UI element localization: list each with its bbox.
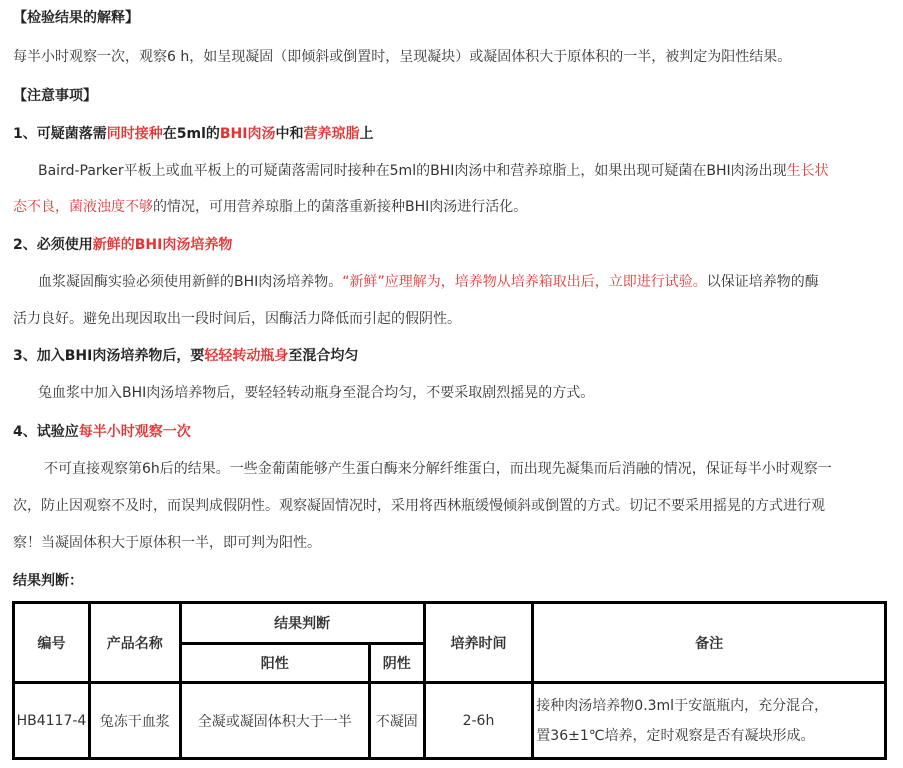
cell-positive: 全凝或凝固体积大于一半: [180, 683, 369, 759]
body-text: Baird-Parker平板上或血平板上的可疑菌落需同时接种在5ml的BHI肉汤…: [38, 163, 787, 179]
heading-text: 中和: [276, 126, 304, 142]
note-2-body-line1: 血浆凝固酶实验必须使用新鲜的BHI肉汤培养物。“新鲜”应理解为，培养物从培养箱取…: [38, 272, 819, 292]
heading-text: 3、加入BHI肉汤培养物后，要: [13, 348, 204, 364]
heading-text: 2、必须使用: [13, 237, 93, 253]
note-1-body-line1: Baird-Parker平板上或血平板上的可疑菌落需同时接种在5ml的BHI肉汤…: [38, 161, 829, 181]
remarks-line-1: 接种肉汤培养物0.3ml于安瓿瓶内，充分混合，: [536, 691, 884, 721]
header-product-name: 产品名称: [89, 603, 180, 683]
header-result: 结果判断: [180, 603, 424, 644]
note-1-heading: 1、可疑菌落需同时接种在5ml的BHI肉汤中和营养琼脂上: [13, 124, 374, 144]
heading-highlight: 每半小时观察一次: [79, 424, 191, 440]
cell-remarks: 接种肉汤培养物0.3ml于安瓿瓶内，充分混合， 置36±1℃培养，定时观察是否有…: [533, 683, 886, 759]
cell-negative: 不凝固: [369, 683, 424, 759]
body-text: 的情况，可用营养琼脂上的菌落重新接种BHI肉汤进行活化。: [153, 199, 527, 215]
note-4-body-line2: 次，防止因观察不及时，而误判成假阴性。观察凝固情况时，采用将西林瓶缓慢倾斜或倒置…: [13, 496, 825, 516]
notes-title: 【注意事项】: [13, 86, 97, 106]
header-remarks: 备注: [533, 603, 886, 683]
body-highlight: 态不良，菌液浊度不够: [13, 199, 153, 215]
body-highlight: “新鲜”应理解为，培养物从培养箱取出后，立即进行试验。: [342, 274, 707, 290]
note-4-body-line3: 察！当凝固体积大于原体积一半，即可判为阳性。: [13, 533, 321, 553]
heading-highlight: 新鲜的BHI肉汤培养物: [93, 237, 233, 253]
note-2-heading: 2、必须使用新鲜的BHI肉汤培养物: [13, 235, 232, 255]
interpretation-title: 【检验结果的解释】: [13, 8, 139, 28]
body-text: 以保证培养物的酶: [707, 274, 819, 290]
heading-text: 至混合均匀: [288, 348, 358, 364]
table-header-row: 编号 产品名称 结果判断 培养时间 备注: [14, 603, 886, 644]
heading-highlight: 轻轻转动瓶身: [204, 348, 288, 364]
result-table: 编号 产品名称 结果判断 培养时间 备注 阳性 阴性 HB4117-4 兔冻干血…: [12, 601, 887, 760]
header-positive: 阳性: [180, 644, 369, 683]
result-judgement-title: 结果判断：: [13, 571, 83, 591]
heading-highlight: 同时接种: [107, 126, 163, 142]
heading-text: 上: [360, 126, 374, 142]
cell-code: HB4117-4: [14, 683, 90, 759]
heading-text: 4、试验应: [13, 424, 79, 440]
note-1-body-line2: 态不良，菌液浊度不够的情况，可用营养琼脂上的菌落重新接种BHI肉汤进行活化。: [13, 197, 527, 217]
heading-highlight: BHI肉汤: [220, 126, 276, 142]
header-incubation-time: 培养时间: [424, 603, 533, 683]
header-code: 编号: [14, 603, 90, 683]
body-text: 血浆凝固酶实验必须使用新鲜的BHI肉汤培养物。: [38, 274, 342, 290]
heading-highlight: 营养琼脂: [304, 126, 360, 142]
remarks-line-2: 置36±1℃培养，定时观察是否有凝块形成。: [536, 721, 884, 751]
body-highlight: 生长状: [787, 163, 829, 179]
cell-incubation-time: 2-6h: [424, 683, 533, 759]
note-2-body-line2: 活力良好。避免出现因取出一段时间后，因酶活力降低而引起的假阴性。: [13, 309, 461, 329]
cell-product-name: 兔冻干血浆: [89, 683, 180, 759]
note-3-body-line1: 兔血浆中加入BHI肉汤培养物后，要轻轻转动瓶身至混合均匀，不要采取剧烈摇晃的方式…: [38, 383, 594, 403]
note-4-heading: 4、试验应每半小时观察一次: [13, 422, 191, 442]
header-negative: 阴性: [369, 644, 424, 683]
note-3-heading: 3、加入BHI肉汤培养物后，要轻轻转动瓶身至混合均匀: [13, 346, 358, 366]
heading-text: 1、可疑菌落需: [13, 126, 107, 142]
note-4-body-line1: 不可直接观察第6h后的结果。一些金葡菌能够产生蛋白酶来分解纤维蛋白，而出现先凝集…: [44, 459, 832, 479]
interpretation-text: 每半小时观察一次，观察6 h，如呈现凝固（即倾斜或倒置时，呈现凝块）或凝固体积大…: [13, 47, 791, 67]
heading-text: 在5ml的: [163, 126, 220, 142]
table-row: HB4117-4 兔冻干血浆 全凝或凝固体积大于一半 不凝固 2-6h 接种肉汤…: [14, 683, 886, 759]
